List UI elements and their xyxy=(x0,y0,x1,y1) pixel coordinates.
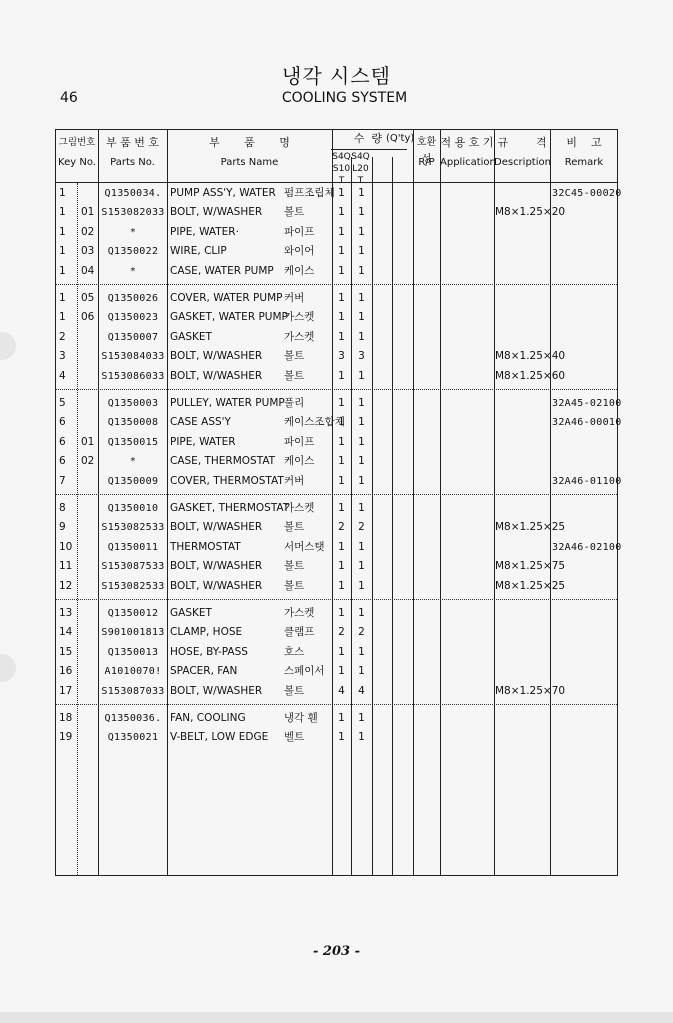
qty-s10t: 1 xyxy=(332,289,351,308)
part-number: Q1350023 xyxy=(100,308,166,327)
key-no: 10 xyxy=(59,538,75,557)
description: M8×1.25×25 xyxy=(495,518,550,537)
part-name: GASKET, WATER PUMP xyxy=(170,308,290,327)
part-number: S153086033 xyxy=(100,367,166,386)
part-name: V-BELT, LOW EDGE xyxy=(170,728,290,747)
column-divider xyxy=(550,130,551,875)
part-number: Q1350007 xyxy=(100,328,166,347)
qty-l20t: 1 xyxy=(351,604,372,623)
qty-l20t: 1 xyxy=(351,184,372,203)
part-name: CLAMP, HOSE xyxy=(170,623,290,642)
remark: 32C45-00020 xyxy=(552,184,618,203)
part-name: BOLT, W/WASHER xyxy=(170,577,290,596)
qty-s10t: 4 xyxy=(332,682,351,701)
key-no: 2 xyxy=(59,328,75,347)
key-no: 1 xyxy=(59,223,75,242)
part-name-korean: 가스켓 xyxy=(284,308,332,327)
qty-s10t: 1 xyxy=(332,709,351,728)
key-sub-no: 05 xyxy=(81,289,97,308)
qty-s10t: 1 xyxy=(332,577,351,596)
part-name-korean: 펌프조립체 xyxy=(284,184,332,203)
qty-s10t: 1 xyxy=(332,308,351,327)
key-no: 15 xyxy=(59,643,75,662)
qty-l20t: 2 xyxy=(351,623,372,642)
key-no: 5 xyxy=(59,394,75,413)
part-name-korean: 가스켓 xyxy=(284,499,332,518)
part-name-korean: 서머스탯 xyxy=(284,538,332,557)
part-name-korean: 볼트 xyxy=(284,347,332,366)
qty-s10t: 1 xyxy=(332,367,351,386)
part-number: Q1350036. xyxy=(100,709,166,728)
part-number: A1010070! xyxy=(100,662,166,681)
page-title-korean: 냉각 시스템 xyxy=(0,60,673,89)
key-no: 19 xyxy=(59,728,75,747)
qty-l20t: 1 xyxy=(351,709,372,728)
qty-s10t: 1 xyxy=(332,472,351,491)
part-name: BOLT, W/WASHER xyxy=(170,367,290,386)
qty-l20t: 1 xyxy=(351,413,372,432)
part-name: HOSE, BY-PASS xyxy=(170,643,290,662)
qty-s10t: 1 xyxy=(332,538,351,557)
part-name-korean: 스페이서 xyxy=(284,662,332,681)
part-number: Q1350008 xyxy=(100,413,166,432)
qty-l20t: 1 xyxy=(351,308,372,327)
header-qty-en: (Q'ty) xyxy=(386,130,416,147)
qty-column-divider xyxy=(392,157,393,875)
part-name: WIRE, CLIP xyxy=(170,242,290,261)
part-name-korean: 볼트 xyxy=(284,682,332,701)
qty-l20t: 4 xyxy=(351,682,372,701)
column-divider xyxy=(494,130,495,875)
part-number: Q1350003 xyxy=(100,394,166,413)
part-name: BOLT, W/WASHER xyxy=(170,682,290,701)
key-sub-no: 04 xyxy=(81,262,97,281)
header-qty-ko: 수 량 xyxy=(332,130,382,147)
part-name-korean: 냉각 휀 xyxy=(284,709,332,728)
header-parts-name-en: Parts Name xyxy=(167,154,332,171)
remark: 32A46-01100 xyxy=(552,472,618,491)
qty-s10t: 1 xyxy=(332,728,351,747)
key-no: 6 xyxy=(59,433,75,452)
key-no: 12 xyxy=(59,577,75,596)
header-parts-name-ko: 부 품 명 xyxy=(167,134,332,151)
qty-s10t: 1 xyxy=(332,328,351,347)
part-name-korean: 풀리 xyxy=(284,394,332,413)
key-sub-no: 01 xyxy=(81,433,97,452)
qty-s10t: 1 xyxy=(332,262,351,281)
part-number: S153087533 xyxy=(100,557,166,576)
qty-s10t: 2 xyxy=(332,518,351,537)
column-divider xyxy=(167,130,168,875)
qty-l20t: 1 xyxy=(351,328,372,347)
key-no: 9 xyxy=(59,518,75,537)
remark: 32A46-00010 xyxy=(552,413,618,432)
qty-column-divider xyxy=(372,157,373,875)
qty-l20t: 1 xyxy=(351,223,372,242)
part-number: S153087033 xyxy=(100,682,166,701)
part-name: PIPE, WATER xyxy=(170,433,290,452)
qty-s10t: 1 xyxy=(332,184,351,203)
part-name-korean: 호스 xyxy=(284,643,332,662)
header-key-no-ko: 그림번호 xyxy=(56,134,98,151)
key-no: 6 xyxy=(59,452,75,471)
qty-l20t: 1 xyxy=(351,367,372,386)
key-no: 1 xyxy=(59,308,75,327)
qty-l20t: 1 xyxy=(351,472,372,491)
header-application-ko: 적 용 호 기 xyxy=(440,134,494,151)
part-name-korean: 볼트 xyxy=(284,203,332,222)
qty-l20t: 1 xyxy=(351,538,372,557)
qty-l20t: 1 xyxy=(351,203,372,222)
part-number: Q1350026 xyxy=(100,289,166,308)
key-no: 8 xyxy=(59,499,75,518)
scan-edge xyxy=(0,1012,673,1023)
key-no: 1 xyxy=(59,289,75,308)
key-sub-no: 03 xyxy=(81,242,97,261)
qty-header-divider xyxy=(331,149,407,150)
part-name: FAN, COOLING xyxy=(170,709,290,728)
key-no: 1 xyxy=(59,203,75,222)
part-name: BOLT, W/WASHER xyxy=(170,347,290,366)
qty-s10t: 1 xyxy=(332,433,351,452)
binder-hole xyxy=(0,654,16,682)
remark: 32A46-02100 xyxy=(552,538,618,557)
qty-l20t: 1 xyxy=(351,728,372,747)
qty-l20t: 1 xyxy=(351,452,372,471)
part-name-korean: 볼트 xyxy=(284,367,332,386)
qty-s10t: 1 xyxy=(332,452,351,471)
header-key-no-en: Key No. xyxy=(56,154,98,171)
part-name: SPACER, FAN xyxy=(170,662,290,681)
part-number: S153082033 xyxy=(100,203,166,222)
qty-l20t: 1 xyxy=(351,557,372,576)
part-name-korean: 와이어 xyxy=(284,242,332,261)
key-no: 3 xyxy=(59,347,75,366)
header-rp-en: R/P xyxy=(413,154,440,171)
part-name-korean: 파이프 xyxy=(284,223,332,242)
key-sub-divider xyxy=(77,183,78,875)
part-name-korean: 커버 xyxy=(284,289,332,308)
column-divider xyxy=(98,130,99,875)
qty-l20t: 1 xyxy=(351,499,372,518)
qty-l20t: 2 xyxy=(351,518,372,537)
key-sub-no: 06 xyxy=(81,308,97,327)
group-divider xyxy=(56,494,617,495)
part-name-korean: 케이스조합체 xyxy=(284,413,332,432)
part-name: BOLT, W/WASHER xyxy=(170,203,290,222)
part-name-korean: 벨트 xyxy=(284,728,332,747)
qty-s10t: 1 xyxy=(332,394,351,413)
page-title-english: COOLING SYSTEM xyxy=(0,90,673,106)
description: M8×1.25×70 xyxy=(495,682,550,701)
column-divider xyxy=(413,130,414,875)
description: M8×1.25×75 xyxy=(495,557,550,576)
group-divider xyxy=(56,704,617,705)
part-name-korean: 볼트 xyxy=(284,577,332,596)
part-number: * xyxy=(100,262,166,281)
column-divider xyxy=(440,130,441,875)
key-sub-no: 02 xyxy=(81,223,97,242)
qty-l20t: 1 xyxy=(351,242,372,261)
qty-l20t: 1 xyxy=(351,662,372,681)
part-number: * xyxy=(100,223,166,242)
description: M8×1.25×40 xyxy=(495,347,550,366)
qty-l20t: 3 xyxy=(351,347,372,366)
part-number: S901001813 xyxy=(100,623,166,642)
key-no: 14 xyxy=(59,623,75,642)
part-number: * xyxy=(100,452,166,471)
part-name-korean: 케이스 xyxy=(284,262,332,281)
qty-s10t: 1 xyxy=(332,643,351,662)
key-no: 1 xyxy=(59,242,75,261)
header-parts-no-en: Parts No. xyxy=(98,154,167,171)
description: M8×1.25×60 xyxy=(495,367,550,386)
part-name: CASE ASS'Y xyxy=(170,413,290,432)
header-description-ko: 규 격 xyxy=(494,134,550,151)
qty-s10t: 1 xyxy=(332,557,351,576)
key-no: 7 xyxy=(59,472,75,491)
part-name-korean: 케이스 xyxy=(284,452,332,471)
key-no: 6 xyxy=(59,413,75,432)
qty-s10t: 1 xyxy=(332,223,351,242)
qty-l20t: 1 xyxy=(351,394,372,413)
description: M8×1.25×25 xyxy=(495,577,550,596)
qty-s10t: 1 xyxy=(332,413,351,432)
part-name-korean: 파이프 xyxy=(284,433,332,452)
part-number: Q1350013 xyxy=(100,643,166,662)
part-number: Q1350012 xyxy=(100,604,166,623)
part-number: Q1350011 xyxy=(100,538,166,557)
part-name: COVER, WATER PUMP xyxy=(170,289,290,308)
remark: 32A45-02100 xyxy=(552,394,618,413)
qty-s10t: 1 xyxy=(332,242,351,261)
part-name: GASKET, THERMOSTAT xyxy=(170,499,290,518)
part-number: S153084033 xyxy=(100,347,166,366)
part-number: S153082533 xyxy=(100,518,166,537)
part-name: COVER, THERMOSTAT xyxy=(170,472,290,491)
part-name: BOLT, W/WASHER xyxy=(170,518,290,537)
qty-l20t: 1 xyxy=(351,643,372,662)
part-number: Q1350034. xyxy=(100,184,166,203)
part-name-korean: 가스켓 xyxy=(284,604,332,623)
part-name: CASE, WATER PUMP xyxy=(170,262,290,281)
page-number: - 203 - xyxy=(0,944,673,959)
header-description-en: Description xyxy=(494,154,550,171)
parts-table: 그림번호 Key No. 부 품 번 호 Parts No. 부 품 명 Par… xyxy=(55,129,618,876)
key-no: 4 xyxy=(59,367,75,386)
key-sub-no: 02 xyxy=(81,452,97,471)
part-number: Q1350021 xyxy=(100,728,166,747)
qty-s10t: 1 xyxy=(332,604,351,623)
part-number: Q1350022 xyxy=(100,242,166,261)
header-remark-en: Remark xyxy=(550,154,618,171)
part-name-korean: 클램프 xyxy=(284,623,332,642)
key-no: 1 xyxy=(59,262,75,281)
part-number: Q1350010 xyxy=(100,499,166,518)
header-application-en: Application xyxy=(440,154,494,171)
part-name: PUMP ASS'Y, WATER xyxy=(170,184,290,203)
part-name: CASE, THERMOSTAT xyxy=(170,452,290,471)
header-bottom-line xyxy=(56,182,617,183)
key-no: 18 xyxy=(59,709,75,728)
key-sub-no: 01 xyxy=(81,203,97,222)
group-divider xyxy=(56,599,617,600)
part-name: BOLT, W/WASHER xyxy=(170,557,290,576)
key-no: 1 xyxy=(59,184,75,203)
part-number: S153082533 xyxy=(100,577,166,596)
qty-s10t: 1 xyxy=(332,203,351,222)
part-name-korean: 볼트 xyxy=(284,518,332,537)
part-number: Q1350009 xyxy=(100,472,166,491)
part-name: GASKET xyxy=(170,604,290,623)
part-name-korean: 볼트 xyxy=(284,557,332,576)
description: M8×1.25×20 xyxy=(495,203,550,222)
qty-l20t: 1 xyxy=(351,289,372,308)
qty-l20t: 1 xyxy=(351,433,372,452)
header-parts-no-ko: 부 품 번 호 xyxy=(98,134,167,151)
part-name: PULLEY, WATER PUMP xyxy=(170,394,290,413)
part-name: THERMOSTAT xyxy=(170,538,290,557)
part-name-korean: 가스켓 xyxy=(284,328,332,347)
qty-s10t: 3 xyxy=(332,347,351,366)
qty-s10t: 1 xyxy=(332,662,351,681)
binder-hole xyxy=(0,332,16,360)
key-no: 16 xyxy=(59,662,75,681)
header-remark-ko: 비 고 xyxy=(550,134,618,151)
part-name: PIPE, WATER· xyxy=(170,223,290,242)
group-divider xyxy=(56,389,617,390)
qty-s10t: 1 xyxy=(332,499,351,518)
group-divider xyxy=(56,284,617,285)
qty-s10t: 2 xyxy=(332,623,351,642)
part-name-korean: 커버 xyxy=(284,472,332,491)
qty-l20t: 1 xyxy=(351,262,372,281)
key-no: 11 xyxy=(59,557,75,576)
part-name: GASKET xyxy=(170,328,290,347)
part-number: Q1350015 xyxy=(100,433,166,452)
key-no: 17 xyxy=(59,682,75,701)
qty-l20t: 1 xyxy=(351,577,372,596)
key-no: 13 xyxy=(59,604,75,623)
